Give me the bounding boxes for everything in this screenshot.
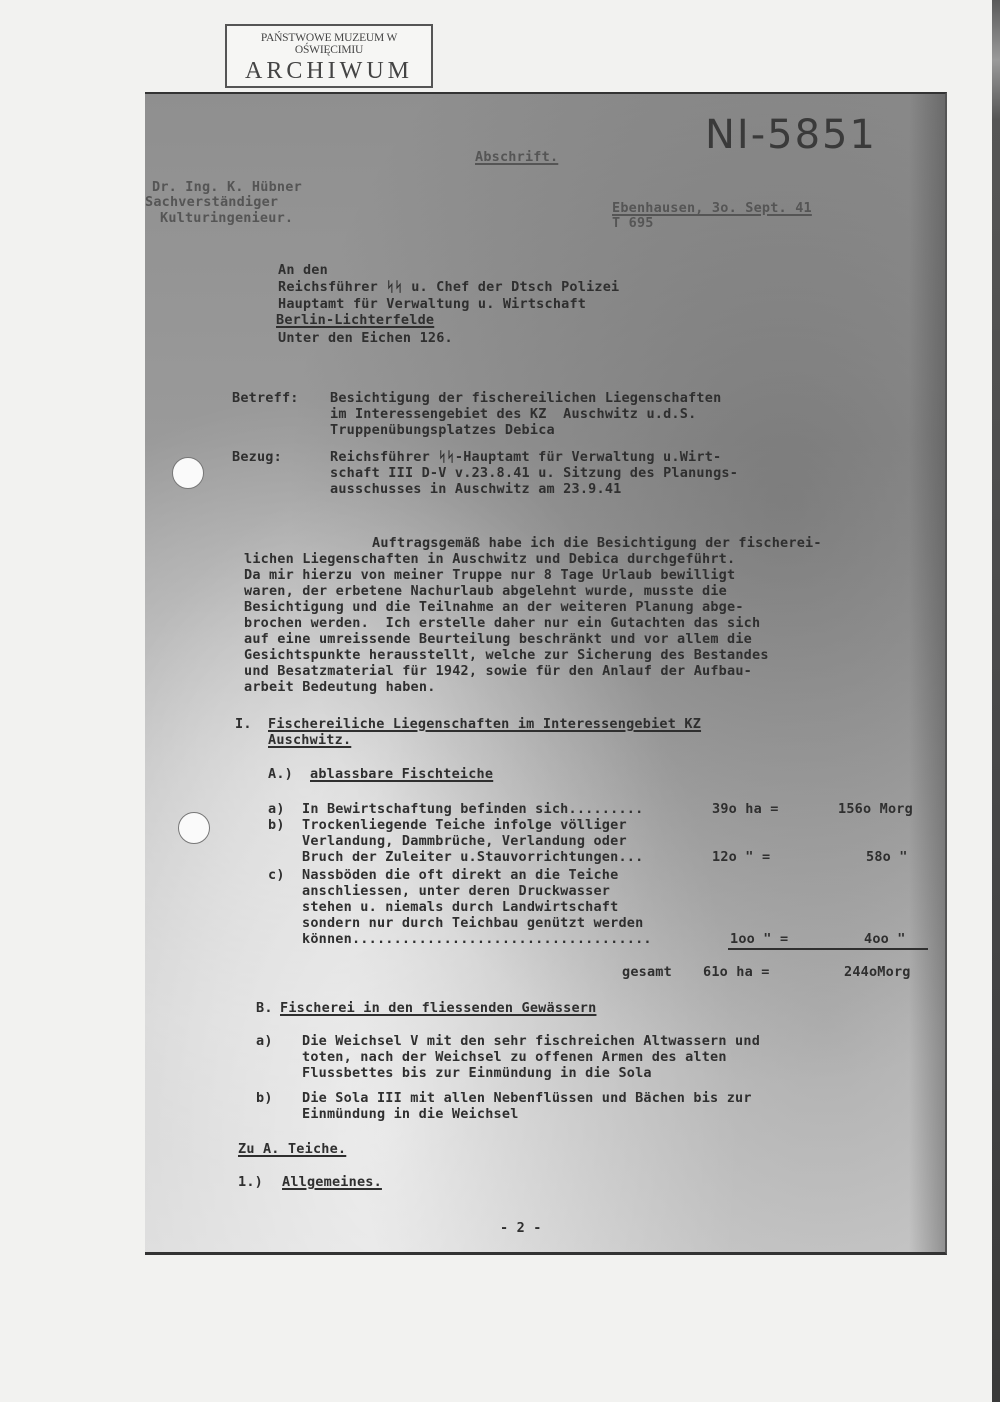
document-title: Abschrift. xyxy=(475,150,558,165)
item-text: Trockenliegende Teiche infolge völliger xyxy=(302,818,627,833)
item-letter: b) xyxy=(256,1091,273,1106)
place-date: Ebenhausen, 3o. Sept. 41 xyxy=(612,201,812,216)
subsection-a-label: A.) xyxy=(268,767,293,782)
recipient-line: Reichsführer ᛋᛋ u. Chef der Dtsch Polize… xyxy=(278,280,619,295)
body-line: Gesichtspunkte herausstellt, welche zur … xyxy=(244,648,769,663)
item-text: In Bewirtschaftung befinden sich........… xyxy=(302,802,643,817)
punch-hole-bottom xyxy=(178,812,210,844)
recipient-line: Unter den Eichen 126. xyxy=(278,331,453,346)
reference-line: Reichsführer ᛋᛋ-Hauptamt für Verwaltung … xyxy=(330,450,721,465)
punch-hole-top xyxy=(172,457,204,489)
item-text: Verlandung, Dammbrüche, Verlandung oder xyxy=(302,834,627,849)
item-morgen: 4oo " xyxy=(864,932,906,947)
subsection-a-heading: ablassbare Fischteiche xyxy=(310,767,493,782)
point-1-heading: Allgemeines. xyxy=(282,1175,382,1190)
section-heading: Auschwitz. xyxy=(268,733,351,748)
body-line: auf eine umreissende Beurteilung beschrä… xyxy=(244,632,752,647)
item-ha: 1oo " = xyxy=(730,932,788,947)
scan-edge-strip xyxy=(992,0,1000,1402)
body-line: waren, der erbetene Nachurlaub abgelehnt… xyxy=(244,584,727,599)
item-text: sondern nur durch Teichbau genützt werde… xyxy=(302,916,643,931)
item-ha: 39o ha = xyxy=(712,802,779,817)
subject-line: im Interessengebiet des KZ Auschwitz u.d… xyxy=(330,407,696,422)
item-morgen: 58o " xyxy=(866,850,908,865)
item-text: können..................................… xyxy=(302,932,652,947)
item-ha: 12o " = xyxy=(712,850,770,865)
zu-a-heading: Zu A. Teiche. xyxy=(238,1142,346,1157)
archive-stamp: PAŃSTWOWE MUZEUM W OŚWIĘCIMIU ARCHIWUM xyxy=(225,24,433,88)
item-letter: a) xyxy=(268,802,285,817)
subsection-b-heading: Fischerei in den fliessenden Gewässern xyxy=(280,1001,596,1016)
item-letter: c) xyxy=(268,868,285,883)
body-line: Besichtigung und die Teilnahme an der we… xyxy=(244,600,744,615)
recipient-line: Hauptamt für Verwaltung u. Wirtschaft xyxy=(278,297,586,312)
recipient-city: Berlin-Lichterfelde xyxy=(276,313,434,328)
total-label: gesamt xyxy=(622,965,672,980)
sender-title: Kulturingenieur. xyxy=(160,211,293,226)
item-text: Flussbettes bis zur Einmündung in die So… xyxy=(302,1066,652,1081)
page-number: - 2 - xyxy=(500,1221,542,1236)
body-line: Da mir hierzu von meiner Truppe nur 8 Ta… xyxy=(244,568,735,583)
item-text: Nassböden die oft direkt an die Teiche xyxy=(302,868,618,883)
subject-line: Truppenübungsplatzes Debica xyxy=(330,423,555,438)
stamp-label: ARCHIWUM xyxy=(227,58,431,85)
subsection-b-label: B. xyxy=(256,1001,273,1016)
stamp-institution: PAŃSTWOWE MUZEUM W OŚWIĘCIMIU xyxy=(227,32,431,56)
item-letter: b) xyxy=(268,818,285,833)
document-number: NI-5851 xyxy=(705,112,877,158)
subject-label: Betreff: xyxy=(232,391,299,406)
item-morgen: 156o Morg xyxy=(838,802,913,817)
item-letter: a) xyxy=(256,1034,273,1049)
body-line: lichen Liegenschaften in Auschwitz und D… xyxy=(244,552,735,567)
reference-code: T 695 xyxy=(612,216,654,231)
sender-role: Sachverständiger xyxy=(145,195,278,210)
body-line: arbeit Bedeutung haben. xyxy=(244,680,436,695)
recipient-line: An den xyxy=(278,263,328,278)
total-ha: 61o ha = xyxy=(703,965,770,980)
body-line: brochen werden. Ich erstelle daher nur e… xyxy=(244,616,760,631)
subject-line: Besichtigung der fischereilichen Liegens… xyxy=(330,391,721,406)
point-1-label: 1.) xyxy=(238,1175,263,1190)
body-line: Auftragsgemäß habe ich die Besichtigung … xyxy=(372,536,822,551)
item-text: Die Weichsel V mit den sehr fischreichen… xyxy=(302,1034,760,1049)
body-line: und Besatzmaterial für 1942, sowie für d… xyxy=(244,664,752,679)
reference-line: ausschusses in Auschwitz am 23.9.41 xyxy=(330,482,621,497)
item-text: stehen u. niemals durch Landwirtschaft xyxy=(302,900,618,915)
reference-label: Bezug: xyxy=(232,450,282,465)
item-text: Einmündung in die Weichsel xyxy=(302,1107,519,1122)
item-text: Bruch der Zuleiter u.Stauvorrichtungen..… xyxy=(302,850,643,865)
sum-rule xyxy=(728,948,928,950)
reference-line: schaft III D-V v.23.8.41 u. Sitzung des … xyxy=(330,466,738,481)
section-heading: Fischereiliche Liegenschaften im Interes… xyxy=(268,717,701,732)
item-text: Die Sola III mit allen Nebenflüssen und … xyxy=(302,1091,752,1106)
section-number: I. xyxy=(235,717,252,732)
item-text: anschliessen, unter deren Druckwasser xyxy=(302,884,610,899)
item-text: toten, nach der Weichsel zu offenen Arme… xyxy=(302,1050,727,1065)
total-morgen: 244oMorg xyxy=(844,965,911,980)
sender-name: Dr. Ing. K. Hübner xyxy=(152,180,302,195)
